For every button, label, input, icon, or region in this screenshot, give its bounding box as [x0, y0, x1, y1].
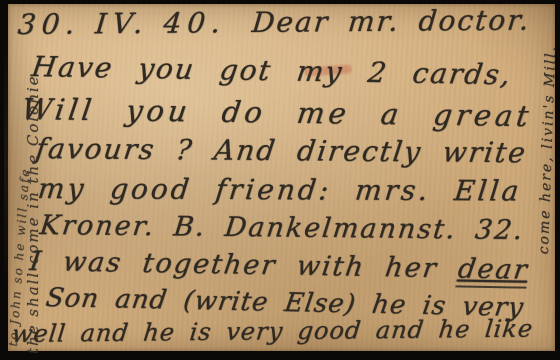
margin-note-left-inner: the shall come in the Colonie — [24, 74, 42, 354]
handwriting-line: I was together with her dear — [28, 246, 531, 286]
postcard: 30. IV. 40.Dear mr. doctor. Have you got… — [8, 4, 555, 351]
handwriting-line: Will you do me a great — [20, 92, 535, 133]
handwriting-line: 30. IV. 40.Dear mr. doctor. — [16, 4, 532, 42]
greeting: Dear mr. doctor. — [251, 4, 533, 39]
handwriting-line: my good friend: mrs. Ella — [36, 172, 523, 208]
date: 30. IV. 40. — [16, 6, 227, 41]
handwriting-line: Kroner. B. Dankelmannst. 32. — [38, 210, 526, 246]
handwriting-line: Have you got my 2 cards, — [30, 50, 514, 91]
postcard-photo: 30. IV. 40.Dear mr. doctor. Have you got… — [0, 0, 560, 360]
handwriting-line: well and he is very good and he like — [10, 315, 534, 348]
handwriting-line: favours ? And directly write — [34, 132, 529, 169]
margin-note-right: come here, livin's Mill. — [536, 45, 559, 255]
underlined-word: dear — [456, 254, 531, 289]
handwriting-text: I was together with her — [28, 246, 461, 284]
